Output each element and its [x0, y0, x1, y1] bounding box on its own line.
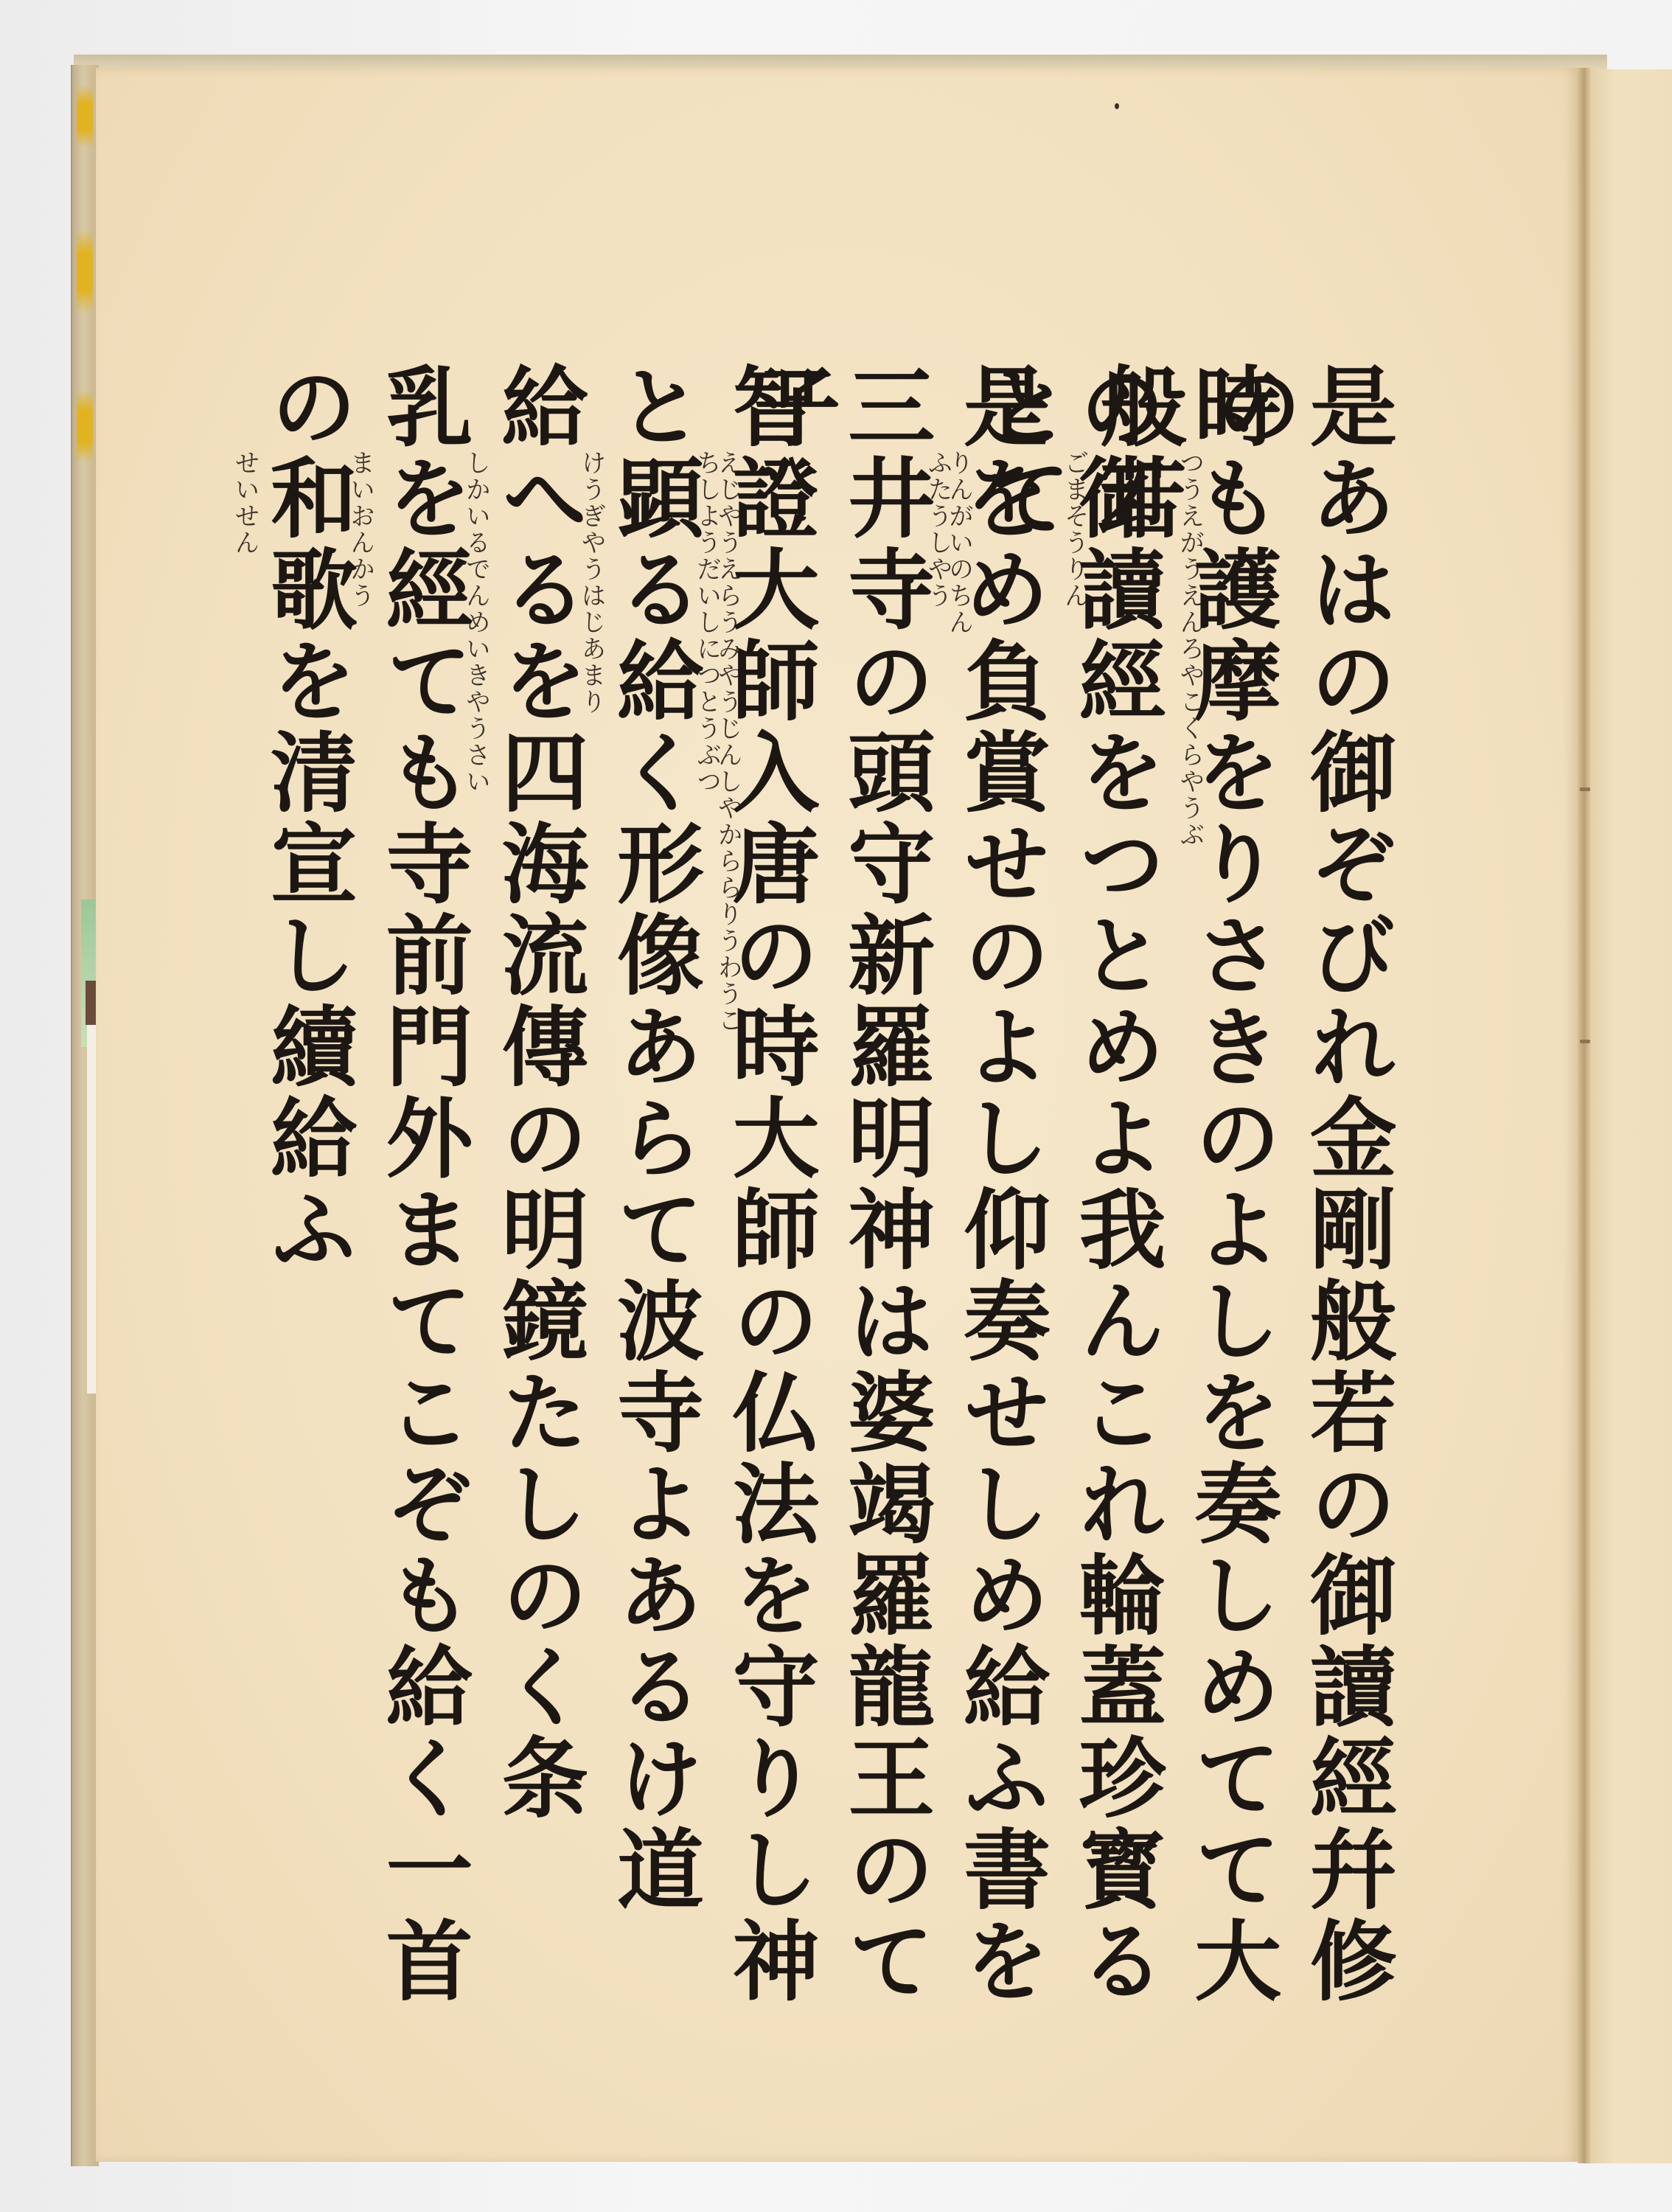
text-column-8: 給へるを四海流傳の明鏡たしのく条 しかいるでんめいきやうさい [474, 361, 585, 2057]
binding-hole [1580, 787, 1590, 791]
binding-hole [1580, 1040, 1590, 1043]
text-column-10: の和歌を清宣し續給ふ せいせん [243, 361, 354, 2057]
gold-fleck-decoration [77, 375, 93, 478]
text-column-1: 是あはの御ぞびれ金剛般若の御讀經幷修の つうえがうえんろやこくらやうぶ [1283, 361, 1393, 2057]
text-column-6: 智證大師入唐の時大師の仏法を守りし神 ちしようだいしにつとうぶつ [706, 361, 816, 2057]
gold-fleck-decoration [77, 72, 93, 161]
furigana: せいせん [230, 450, 259, 556]
calligraphy-text-block: 是あはの御ぞびれ金剛般若の御讀經幷修の つうえがうえんろやこくらやうぶ 時も護摩… [243, 361, 1393, 2057]
text-column-5: 三井寺の頭守新羅明神は婆竭羅龍王のて子 えじやうえらうみやうじんしやかららりうわ… [821, 361, 931, 2057]
main-text: 智證大師入唐の時大師の仏法を守りし神 [722, 361, 816, 2007]
text-column-9: 乳を經ても寺前門外まてこぞも給く一首 まいおんかう [359, 361, 470, 2057]
text-column-7: と顕る給く形像あらて波寺よあるけ道 けうぎやうはじあまり [590, 361, 700, 2057]
text-column-4: 是をめ負賞せのよし仰奏せしめ給ふ書を ふたうしやう [936, 361, 1047, 2057]
book-gutter [1578, 68, 1591, 2163]
main-text: 乳を經ても寺前門外まてこぞも給く一首 [375, 361, 470, 2007]
facing-page-edge [1591, 69, 1672, 2163]
text-column-3: の御讀經をつとめよ我んこれ輪蓋珍寳るとて りんがいのちん [1052, 361, 1163, 2057]
ink-spot [1115, 103, 1119, 109]
main-text: 給へるを四海流傳の明鏡たしのく条 [490, 361, 585, 1824]
main-text: 是をめ負賞せのよし仰奏せしめ給ふ書を [952, 361, 1047, 2007]
gold-fleck-decoration [77, 212, 93, 330]
text-column-2: 時も護摩をりさきのよしを奏しめてて大般若 ごまそうりん [1167, 361, 1278, 2057]
main-text: と顕る給く形像あらて波寺よあるけ道 [606, 361, 700, 1916]
main-text: の和歌を清宣し續給ふ [259, 361, 354, 1276]
